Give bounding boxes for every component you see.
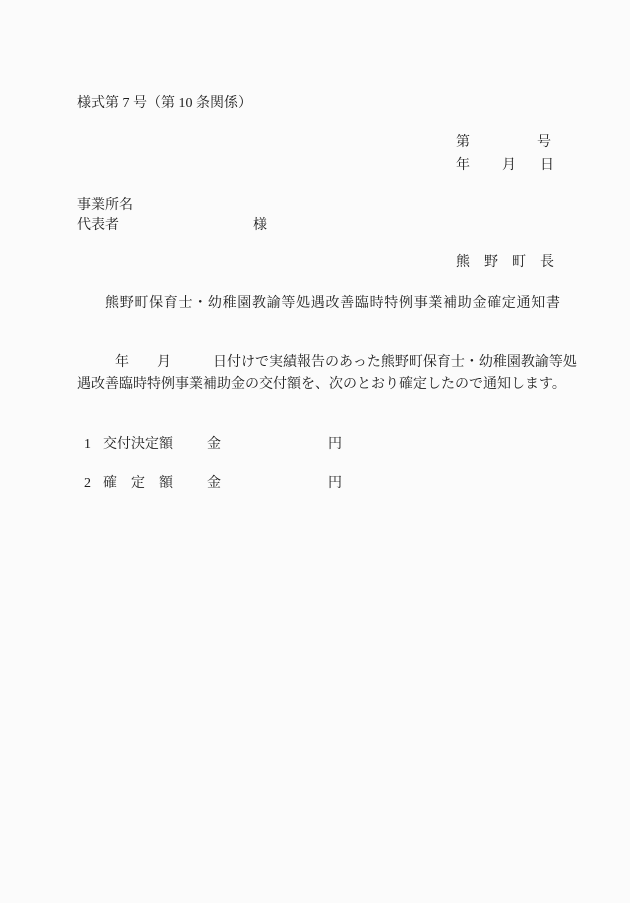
representative-line: 代表者 様 (0, 216, 630, 236)
item-label: 確 定 額 (103, 474, 173, 494)
representative-label: 代表者 (77, 216, 119, 236)
item-unit: 円 (328, 474, 342, 494)
item-row-confirmed-amount: 2 確 定 額 金 円 (0, 474, 630, 494)
body-paragraph: 年 月 日付けで実績報告のあった熊野町保育士・幼稚園教諭等処 遇改善臨時特例事業… (77, 352, 577, 396)
issuer-name: 熊 野 町 長 (456, 253, 554, 273)
issuer-line: 熊 野 町 長 (0, 253, 630, 273)
body-line-1: 年 月 日付けで実績報告のあった熊野町保育士・幼稚園教諭等処 (77, 352, 577, 374)
doc-number-suffix: 号 (537, 133, 551, 153)
item-amount-prefix: 金 (207, 474, 221, 494)
document-title: 熊野町保育士・幼稚園教諭等処遇改善臨時特例事業補助金確定通知書 (105, 294, 561, 314)
date-month-label: 月 (502, 156, 516, 176)
date-year-label: 年 (456, 156, 470, 176)
item-label: 交付決定額 (103, 435, 173, 455)
date-line: 年 月 日 (0, 156, 630, 176)
body-line-2: 遇改善臨時特例事業補助金の交付額を、次のとおり確定したので通知します。 (77, 374, 577, 396)
date-day-label: 日 (540, 156, 554, 176)
office-name-label: 事業所名 (77, 196, 133, 216)
honorific-label: 様 (253, 216, 267, 236)
item-row-decided-amount: 1 交付決定額 金 円 (0, 435, 630, 455)
item-unit: 円 (328, 435, 342, 455)
form-number-line: 様式第 7 号（第 10 条関係） (0, 94, 630, 114)
document-title-line: 熊野町保育士・幼稚園教諭等処遇改善臨時特例事業補助金確定通知書 (0, 294, 630, 314)
item-number: 2 (84, 474, 91, 494)
item-number: 1 (84, 435, 91, 455)
office-name-line: 事業所名 (0, 196, 630, 216)
item-amount-prefix: 金 (207, 435, 221, 455)
document-page: 様式第 7 号（第 10 条関係） 第 号 年 月 日 事業所名 代表者 様 熊… (0, 0, 630, 903)
document-number-line: 第 号 (0, 133, 630, 153)
doc-number-prefix: 第 (456, 133, 470, 153)
form-number: 様式第 7 号（第 10 条関係） (77, 94, 252, 114)
